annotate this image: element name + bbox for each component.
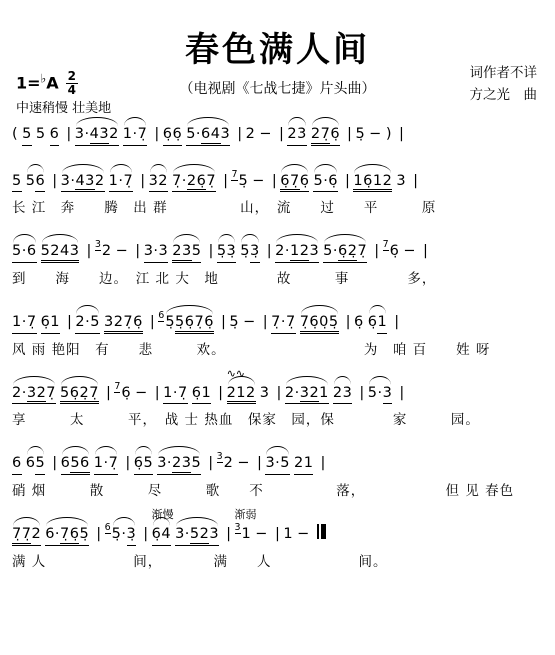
note: −	[255, 526, 268, 543]
barline: |	[143, 526, 148, 543]
note: (	[12, 126, 18, 143]
note: 5243	[41, 243, 80, 263]
note: 3	[309, 243, 319, 263]
note-group: 1·7̣	[12, 314, 37, 334]
note: 7̣	[206, 173, 216, 193]
note: 3̣	[127, 526, 137, 546]
note: 6̣5	[134, 455, 153, 475]
note-group: 27̣6̣	[311, 126, 340, 146]
barline: |	[237, 126, 242, 143]
note: 26̣	[187, 173, 206, 193]
note: 7̣·	[172, 173, 187, 193]
barline: |	[257, 455, 262, 472]
barline: |	[106, 385, 111, 402]
barline: |	[345, 173, 350, 190]
note: 327̣6̣	[104, 314, 143, 334]
note: 1	[283, 526, 293, 543]
barline: |	[275, 526, 280, 543]
note: 16̣12	[353, 173, 392, 193]
notation-line: 2·327̣56̣2̣7̣|76̣−|1·7̣6̣1|∿∿2123|2·3212…	[12, 369, 551, 405]
barline: |	[276, 385, 281, 402]
note-group: 7̣·26̣7̣	[172, 173, 216, 193]
note: 5̣	[240, 243, 250, 260]
note: 5·	[368, 385, 383, 402]
grace-note: 6	[105, 522, 111, 534]
barline: |	[66, 126, 71, 143]
note: 32	[149, 173, 168, 193]
note: 5̣6̣7̣6̣	[175, 314, 214, 334]
score-system: 665|6561·7̣|6̣53·235|32−|3·521|硝 烟 散 尽 歌…	[12, 439, 551, 499]
note: 3·	[61, 173, 76, 193]
note-group: 3·3	[144, 243, 169, 263]
note-group: 1·7̣	[109, 173, 134, 193]
note-group: 6̣6̣	[163, 126, 182, 146]
barline: |	[96, 526, 101, 543]
note-group: 5·3	[368, 385, 393, 405]
note: 5̣3̣	[217, 243, 236, 263]
note: 52	[190, 526, 209, 546]
note-group: 56	[26, 173, 45, 193]
sheet-music-page: 春色满人间 1=♭A24 （电视剧《七战七捷》片头曲） 词作者不详 方之光 曲 …	[0, 0, 555, 655]
lyrics-line: 享 太 平， 战 士 热血 保家 园，保 家 园。	[12, 408, 551, 428]
note: 5̣	[165, 314, 175, 331]
barline: |	[223, 173, 228, 190]
barline: |	[221, 314, 226, 331]
barline: |	[52, 173, 57, 190]
barline: |	[135, 243, 140, 260]
notation-line: 556|3·4321·7̣|327̣·26̣7̣|75̣−|6̣7̣6̣5·6̣…	[12, 157, 551, 193]
note: 21	[294, 455, 313, 475]
note-group: 16̣12	[353, 173, 392, 193]
note: 3·	[175, 526, 190, 546]
note: 5̣	[79, 526, 89, 546]
note: 3	[396, 173, 406, 190]
note-group: 56̣2̣7̣	[60, 385, 99, 405]
note-group: 3·432	[61, 173, 105, 193]
composer-credit: 方之光 曲	[470, 84, 538, 106]
barline: |	[208, 455, 213, 472]
note: 6̣2̣	[338, 243, 357, 263]
note: 3·	[75, 126, 90, 146]
note: 7̣	[357, 243, 367, 263]
note: 7̣·7̣	[271, 314, 296, 334]
note: )	[386, 126, 392, 143]
barline: |	[346, 314, 351, 331]
score-system: (556|3·4321·7̣|6̣6̣5·643|2−|2327̣6̣|5̣−)…	[12, 113, 551, 146]
note-group: 5·643	[186, 126, 230, 146]
score-system: 556|3·4321·7̣|327̣·26̣7̣|75̣−|6̣7̣6̣5·6̣…	[12, 157, 551, 217]
note-group: 2·321	[285, 385, 329, 405]
note: 1	[377, 314, 387, 334]
barline: |	[52, 455, 57, 472]
note-group: 2·123	[275, 243, 319, 263]
barline: |	[67, 314, 72, 331]
note: 5	[35, 455, 45, 475]
note-group: 5̣5̣6̣7̣6̣	[165, 314, 214, 334]
note: 2·	[275, 243, 290, 263]
note: 1·7̣	[94, 455, 119, 475]
grace-note: 3	[217, 451, 223, 463]
note-group: 3·5	[265, 455, 290, 475]
note-group: 3·523	[175, 526, 219, 546]
note: 6̣7̣	[280, 173, 299, 193]
note: 2	[224, 455, 234, 472]
note: 56̣2̣7̣	[60, 385, 99, 405]
notation-line: 7̣7̣26·7̣6̣5̣|65̣·3̣|渐慢6̣43·523|渐弱31−|1−	[12, 510, 551, 546]
note: 2	[102, 243, 112, 260]
note-group: 1·7̣	[163, 385, 188, 405]
note: 2·5	[75, 314, 100, 334]
note: 6̣	[390, 243, 400, 260]
note: 6·	[45, 526, 60, 546]
final-barline	[317, 524, 326, 539]
lyricist-credit: 词作者不详	[470, 62, 538, 84]
note: 7̣	[46, 385, 56, 405]
barline: |	[140, 173, 145, 190]
note: 5	[26, 173, 36, 190]
note: 3̣	[250, 243, 260, 263]
note-group: 6̣4	[152, 526, 171, 546]
note: 5	[192, 243, 202, 263]
note: 1	[242, 526, 252, 543]
note-group: 2·5	[75, 314, 100, 334]
note-group: 32	[149, 173, 168, 193]
note: 1·7̣	[123, 126, 148, 146]
note: −	[237, 455, 250, 472]
note-group: 65	[26, 455, 45, 475]
note: 5̣	[229, 314, 239, 331]
barline: |	[399, 385, 404, 402]
note: 7̣6̣0̣5̣	[300, 314, 339, 334]
note-group: 7̣6̣0̣5̣	[300, 314, 339, 334]
note: 6	[50, 126, 60, 146]
note: 6̣	[368, 314, 378, 331]
notation-line: 5·65243|32−|3·3235|5̣3̣5̣3̣|2·1235·6̣2̣7…	[12, 227, 551, 263]
barline: |	[150, 314, 155, 331]
note: 3·	[157, 455, 172, 475]
note: 43	[90, 126, 109, 146]
note: 27̣	[311, 126, 330, 146]
note: 2	[246, 126, 256, 143]
note: 6	[35, 173, 45, 193]
note: 1·7̣	[109, 173, 134, 193]
note-group: 5243	[41, 243, 80, 263]
note: 3	[260, 385, 270, 402]
note-group: 23	[333, 385, 352, 405]
note: 6	[61, 455, 71, 475]
lyrics-line: 长 江 奔 腾 出 群 山， 流 过 平 原	[12, 196, 551, 216]
note-group: 7̣·7̣	[271, 314, 296, 334]
note: −	[403, 243, 416, 260]
barline: |	[399, 126, 404, 143]
note-group: 6·7̣6̣5̣	[45, 526, 89, 546]
note: 2·	[12, 385, 27, 405]
note: 6̣1	[41, 314, 60, 334]
note: 6̣1	[192, 385, 211, 405]
note-group: 6̣7̣6̣	[280, 173, 309, 193]
lyrics-line: 到 海 边。 江 北 大 地 故 事 多，	[12, 267, 551, 287]
note: 1·7̣	[163, 385, 188, 405]
note-group: 6̣5	[134, 455, 153, 475]
note: 5	[22, 126, 32, 146]
note: 3	[209, 526, 219, 546]
barline: |	[347, 126, 352, 143]
note-group: 5̣·3̣	[112, 526, 137, 546]
note: 5̣	[355, 126, 365, 143]
note: 1	[319, 385, 329, 405]
barline: |	[279, 126, 284, 143]
grace-note: 7	[114, 381, 120, 393]
notation-line: 1·7̣6̣1|2·5327̣6̣|65̣5̣6̣7̣6̣|5̣−|7̣·7̣7…	[12, 298, 551, 334]
note-group: 235	[172, 243, 201, 263]
note-group: 23	[287, 126, 306, 146]
credits: 词作者不详 方之光 曲	[470, 62, 538, 107]
note: 32	[300, 385, 319, 405]
note-group: 6̣1	[41, 314, 60, 334]
note: 6̣	[300, 173, 310, 193]
note-group: 656	[61, 455, 90, 475]
grace-note: 6	[158, 310, 164, 322]
note: −	[259, 126, 272, 143]
note-group: 5̣3̣	[217, 243, 236, 263]
note-group: 3·235	[157, 455, 201, 475]
note: −	[135, 385, 148, 402]
barline: |	[320, 455, 325, 472]
grace-note: 3	[95, 239, 101, 251]
grace-note: 7	[231, 169, 237, 181]
note-group: 5̣3̣	[240, 243, 259, 263]
note: 23	[333, 385, 352, 405]
grace-note: 3	[235, 522, 241, 534]
note-group: 212	[227, 385, 256, 405]
note: 43	[75, 173, 94, 193]
barline: |	[423, 243, 428, 260]
note: 23	[172, 455, 191, 475]
note: 5·	[186, 126, 201, 146]
note: 6	[12, 455, 22, 475]
note: −	[116, 243, 129, 260]
barline: |	[394, 314, 399, 331]
note: 2	[95, 173, 105, 193]
barline: |	[272, 173, 277, 190]
barline: |	[374, 243, 379, 260]
note: 2	[31, 526, 41, 546]
barline: |	[154, 126, 159, 143]
note: 23	[287, 126, 306, 146]
barline: |	[86, 243, 91, 260]
note: 5·6	[12, 243, 37, 263]
note-group: 1·7̣	[94, 455, 119, 475]
note: 6̣	[121, 385, 131, 402]
note-group: 5·6	[12, 243, 37, 263]
note: 5̣	[239, 173, 249, 190]
note: 5̣·	[112, 526, 127, 543]
note-group: 5·6̣2̣7̣	[323, 243, 367, 263]
barline: |	[263, 314, 268, 331]
note-group: 2·327̣	[12, 385, 56, 405]
note: 12	[290, 243, 309, 263]
note: 3·3	[144, 243, 169, 263]
barline: |	[359, 385, 364, 402]
note: 32	[27, 385, 46, 405]
grace-note: 7	[383, 239, 389, 251]
barline: |	[226, 526, 231, 543]
score-system: 5·65243|32−|3·3235|5̣3̣5̣3̣|2·1235·6̣2̣7…	[12, 227, 551, 287]
note: −	[252, 173, 265, 190]
note-group: 5·6̣	[313, 173, 338, 193]
note: 1·7̣	[12, 314, 37, 334]
note: 56	[70, 455, 89, 475]
note: 5·6̣	[313, 173, 338, 193]
note: 64	[201, 126, 220, 146]
notation-line: (556|3·4321·7̣|6̣6̣5·643|2−|2327̣6̣|5̣−)…	[12, 113, 551, 146]
score-system: 1·7̣6̣1|2·5327̣6̣|65̣5̣6̣7̣6̣|5̣−|7̣·7̣7…	[12, 298, 551, 358]
note: 2	[109, 126, 119, 146]
note: 6̣6̣	[163, 126, 182, 146]
note: 6̣4	[152, 526, 171, 546]
note: 212	[227, 385, 256, 405]
note: 2·	[285, 385, 300, 405]
note: 23	[172, 243, 191, 263]
note: −	[297, 526, 310, 543]
note: 3·5	[265, 455, 290, 475]
lyrics-line: 满 人 间， 满 人 间。	[12, 550, 551, 570]
note-group: 1·7̣	[123, 126, 148, 146]
note: 6̣	[330, 126, 340, 146]
barline: |	[155, 385, 160, 402]
note: 3	[221, 126, 231, 146]
note: 5	[191, 455, 201, 475]
note: −	[243, 314, 256, 331]
notation-line: 665|6561·7̣|6̣53·235|32−|3·521|	[12, 439, 551, 475]
note: 5	[12, 173, 22, 193]
note: 5·	[323, 243, 338, 263]
lyrics-line: 硝 烟 散 尽 歌 不 落， 但 见 春色	[12, 479, 551, 499]
barline: |	[125, 455, 130, 472]
barline: |	[413, 173, 418, 190]
note-group: 327̣6̣	[104, 314, 143, 334]
note-group: 6̣1	[368, 314, 387, 334]
barline: |	[208, 243, 213, 260]
note-group: 7̣7̣2	[12, 526, 41, 546]
note: 6	[26, 455, 36, 472]
lyrics-line: 风 雨 艳阳 有 悲 欢。 为 咱 百 姓 呀	[12, 338, 551, 358]
note: 6̣	[354, 314, 364, 331]
score: (556|3·4321·7̣|6̣6̣5·643|2−|2327̣6̣|5̣−)…	[12, 113, 551, 581]
note-group: 6̣1	[192, 385, 211, 405]
barline: |	[218, 385, 223, 402]
note: 5	[36, 126, 46, 143]
note: 7̣7̣	[12, 526, 31, 546]
score-system: 2·327̣56̣2̣7̣|76̣−|1·7̣6̣1|∿∿2123|2·3212…	[12, 369, 551, 429]
note: 7̣6̣	[60, 526, 79, 546]
note-group: 3·432	[75, 126, 119, 146]
barline: |	[267, 243, 272, 260]
note: 3	[383, 385, 393, 405]
score-system: 7̣7̣26·7̣6̣5̣|65̣·3̣|渐慢6̣43·523|渐弱31−|1−…	[12, 510, 551, 570]
note-group: 21	[294, 455, 313, 475]
note: −	[369, 126, 382, 143]
